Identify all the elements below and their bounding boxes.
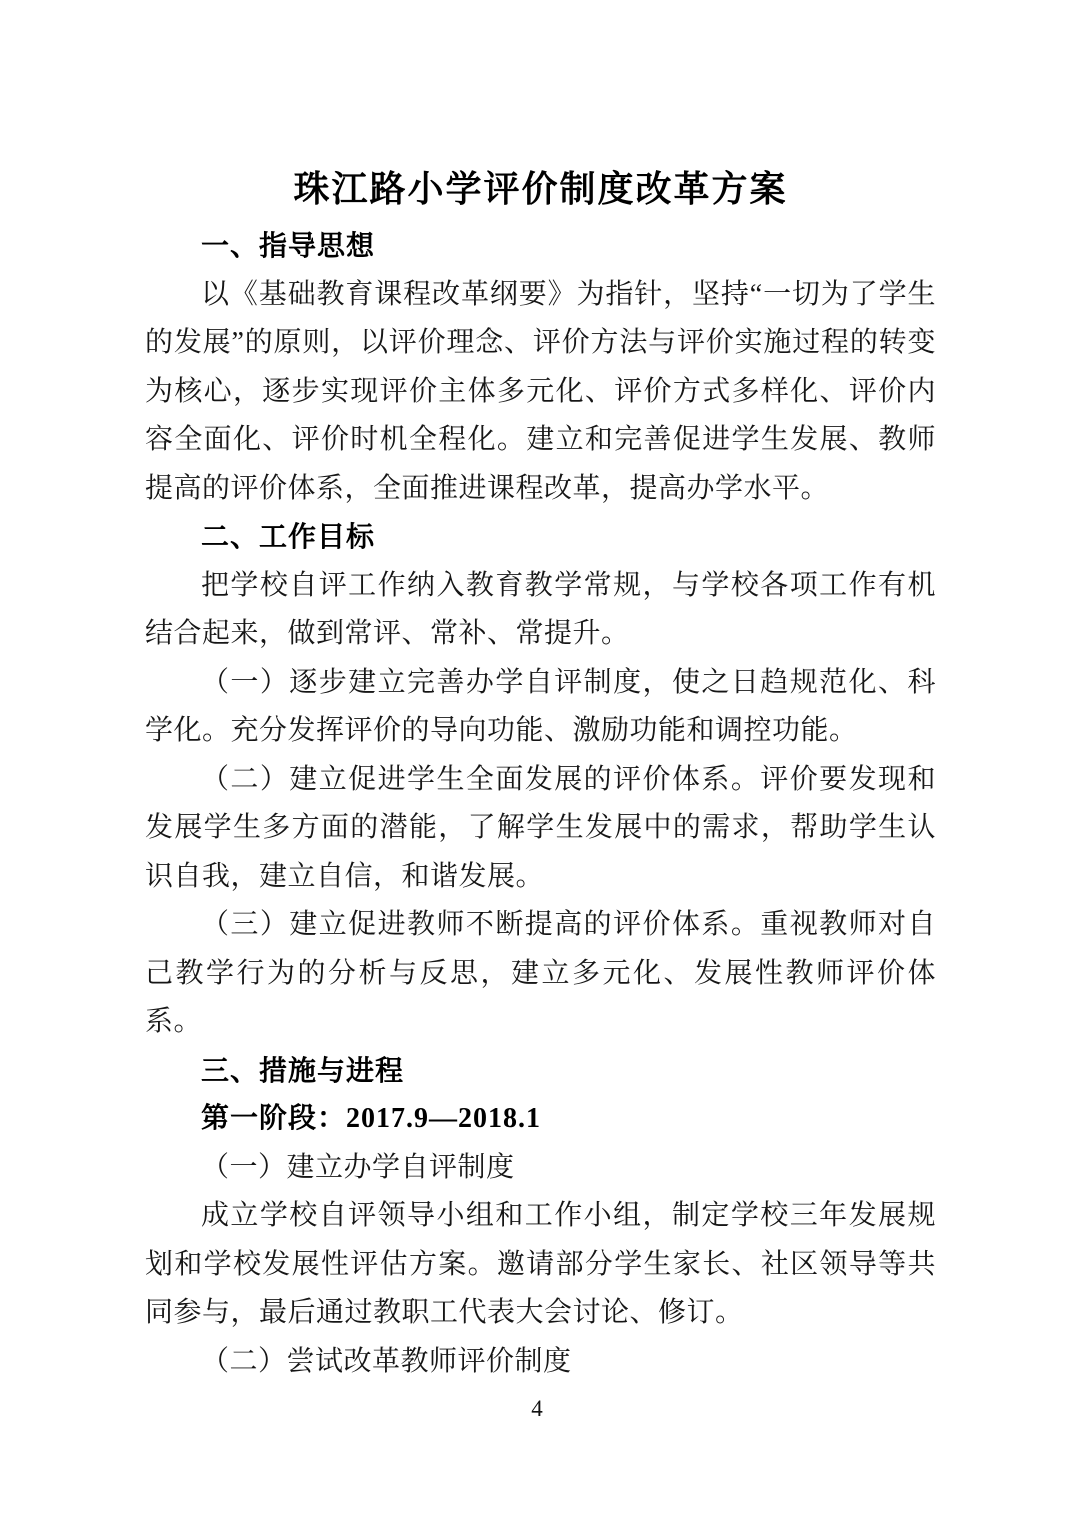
body-paragraph-subitem-2: （二）尝试改革教师评价制度 [145, 1338, 936, 1387]
body-paragraph-subitem-1: （一）建立办学自评制度 [145, 1144, 936, 1193]
page-number: 4 [0, 1396, 1074, 1422]
document-title: 珠江路小学评价制度改革方案 [145, 158, 936, 220]
body-paragraph-item-1: （一）逐步建立完善办学自评制度，使之日趋规范化、科学化。充分发挥评价的导向功能、… [145, 659, 936, 756]
body-paragraph: 成立学校自评领导小组和工作小组，制定学校三年发展规划和学校发展性评估方案。邀请部… [145, 1192, 936, 1338]
body-paragraph: 把学校自评工作纳入教育教学常规，与学校各项工作有机结合起来，做到常评、常补、常提… [145, 562, 936, 659]
document-content: 珠江路小学评价制度改革方案 一、指导思想 以《基础教育课程改革纲要》为指针，坚持… [145, 158, 936, 1386]
stage-one-heading: 第一阶段：2017.9—2018.1 [145, 1095, 936, 1144]
document-page: 珠江路小学评价制度改革方案 一、指导思想 以《基础教育课程改革纲要》为指针，坚持… [0, 0, 1074, 1520]
section-heading-guiding-ideology: 一、指导思想 [145, 222, 936, 271]
body-paragraph-item-3: （三）建立促进教师不断提高的评价体系。重视教师对自己教学行为的分析与反思，建立多… [145, 901, 936, 1047]
body-paragraph-item-2: （二）建立促进学生全面发展的评价体系。评价要发现和发展学生多方面的潜能，了解学生… [145, 756, 936, 902]
section-heading-work-goals: 二、工作目标 [145, 513, 936, 562]
section-heading-measures-progress: 三、措施与进程 [145, 1047, 936, 1096]
body-paragraph: 以《基础教育课程改革纲要》为指针，坚持“一切为了学生的发展”的原则，以评价理念、… [145, 271, 936, 514]
